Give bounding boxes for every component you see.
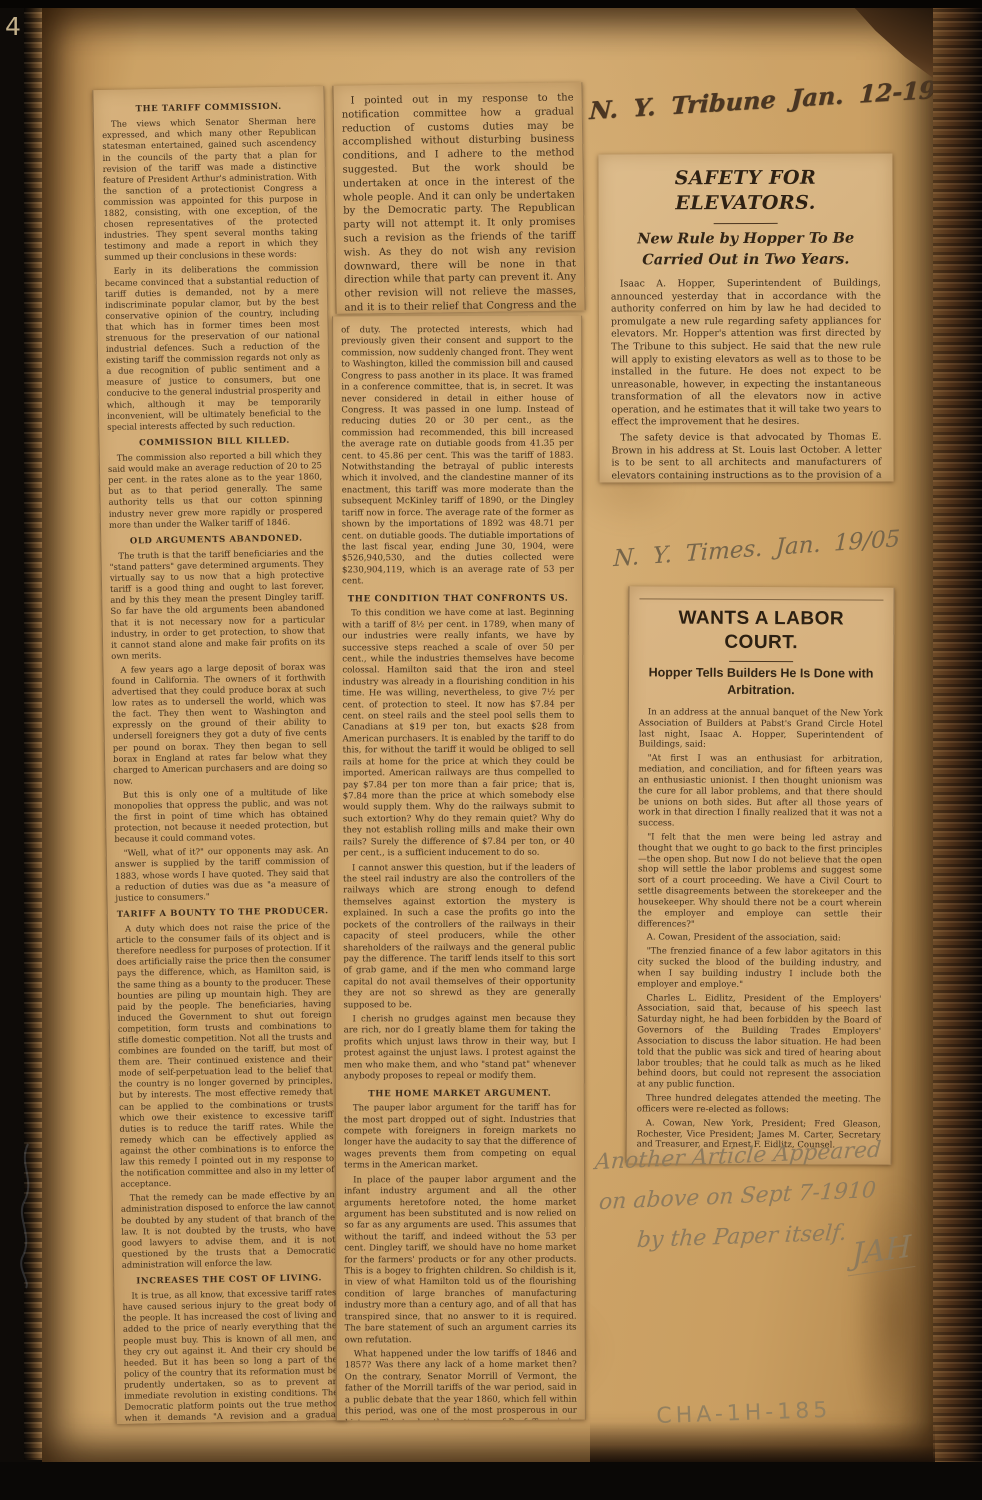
clipping-wants-a-labor-court: WANTS A LABOR COURT. Hopper Tells Builde… — [625, 586, 894, 1165]
newsprint-paragraph: In an address at the annual banquet of t… — [639, 707, 883, 752]
margin-scribble — [10, 1140, 44, 1290]
section-heading: TARIFF A BOUNTY TO THE PRODUCER. — [116, 906, 330, 921]
newsprint-paragraph: I cannot answer this question, but if th… — [343, 862, 576, 1011]
elevator-article-subtitle: New Rule by Hopper To Be Carried Out in … — [621, 227, 871, 270]
page-bottom-edge-shadow — [590, 1422, 935, 1464]
newsprint-paragraph: of duty. The protected interests, which … — [341, 325, 574, 589]
newsprint-paragraph: "Well, what of it?" our opponents may as… — [115, 844, 330, 903]
newsprint-paragraph: What happened under the low tariffs of 1… — [345, 1349, 577, 1421]
newsprint-paragraph: The pauper labor argument for the tariff… — [344, 1103, 576, 1172]
newsprint-paragraph: "At first I was an enthusiast for arbitr… — [638, 754, 882, 831]
labor-article-subtitle: Hopper Tells Builders He Is Done with Ar… — [643, 664, 879, 700]
newsprint-paragraph: A duty which does not raise the price of… — [116, 920, 335, 1190]
newsprint-paragraph: I pointed out in my response to the noti… — [342, 91, 577, 313]
elevator-article-title: SAFETY FOR ELEVATORS. — [610, 166, 880, 218]
newsprint-paragraph: The commission also reported a bill whic… — [108, 449, 323, 530]
newsprint-paragraph: That the remedy can be made effective by… — [121, 1189, 336, 1270]
section-heading: OLD ARGUMENTS ABANDONED. — [109, 533, 323, 548]
clipping-tariff-column-2-lower: of duty. The protected interests, which … — [332, 316, 586, 1421]
divider-rule — [714, 223, 778, 224]
newsprint-paragraph: "The frenzied finance of a few labor agi… — [637, 947, 881, 992]
newsprint-paragraph: "I felt that the men were being led astr… — [638, 832, 883, 931]
labor-article-title: WANTS A LABOR COURT. — [639, 598, 883, 655]
page-number: 4 — [5, 12, 21, 41]
newsprint-paragraph: The views which Senator Sherman here exp… — [102, 115, 318, 263]
section-heading: THE HOME MARKET ARGUMENT. — [344, 1088, 576, 1100]
photo-top-border — [0, 0, 982, 8]
newsprint-paragraph: The truth is that the tariff beneficiari… — [109, 547, 325, 662]
newsprint-paragraph: Isaac A. Hopper, Superintendent of Build… — [611, 277, 882, 429]
newsprint-paragraph: In place of the pauper labor argument an… — [344, 1174, 577, 1346]
section-heading: COMMISSION BILL KILLED. — [107, 435, 321, 450]
newsprint-paragraph: A. Cowan, President of the association, … — [638, 933, 882, 945]
newsprint-paragraph: But this is only one of a multitude of l… — [114, 786, 329, 845]
newsprint-paragraph: It is true, as all know, that excessive … — [122, 1287, 339, 1424]
divider-rule — [729, 661, 793, 662]
newsprint-paragraph: I cherish no grudges against men because… — [344, 1014, 576, 1083]
book-fore-edge — [933, 0, 982, 1500]
scrapbook-photo: 4 THE TARIFF COMMISSION. The views which… — [0, 0, 982, 1500]
clipping-safety-for-elevators: SAFETY FOR ELEVATORS. New Rule by Hopper… — [598, 153, 893, 482]
clipping-tariff-column-1: THE TARIFF COMMISSION. The views which S… — [92, 86, 347, 1424]
section-heading: INCREASES THE COST OF LIVING. — [122, 1273, 336, 1288]
newsprint-paragraph: Early in its deliberations the commissio… — [104, 263, 321, 433]
newsprint-paragraph: A few years ago a large deposit of borax… — [111, 661, 327, 787]
newsprint-paragraph: To this condition we have come at last. … — [342, 608, 575, 860]
photo-bottom-border — [0, 1462, 982, 1500]
article-title: THE TARIFF COMMISSION. — [102, 101, 316, 116]
section-heading: THE CONDITION THAT CONFRONTS US. — [342, 593, 574, 605]
clipping-tariff-column-2-upper: I pointed out in my response to the noti… — [332, 82, 585, 313]
newsprint-paragraph: The safety device is that advocated by T… — [611, 432, 881, 483]
newsprint-paragraph: Three hundred delegates attended the mee… — [637, 1093, 881, 1116]
newsprint-paragraph: Charles L. Eidlitz, President of the Emp… — [637, 993, 882, 1092]
